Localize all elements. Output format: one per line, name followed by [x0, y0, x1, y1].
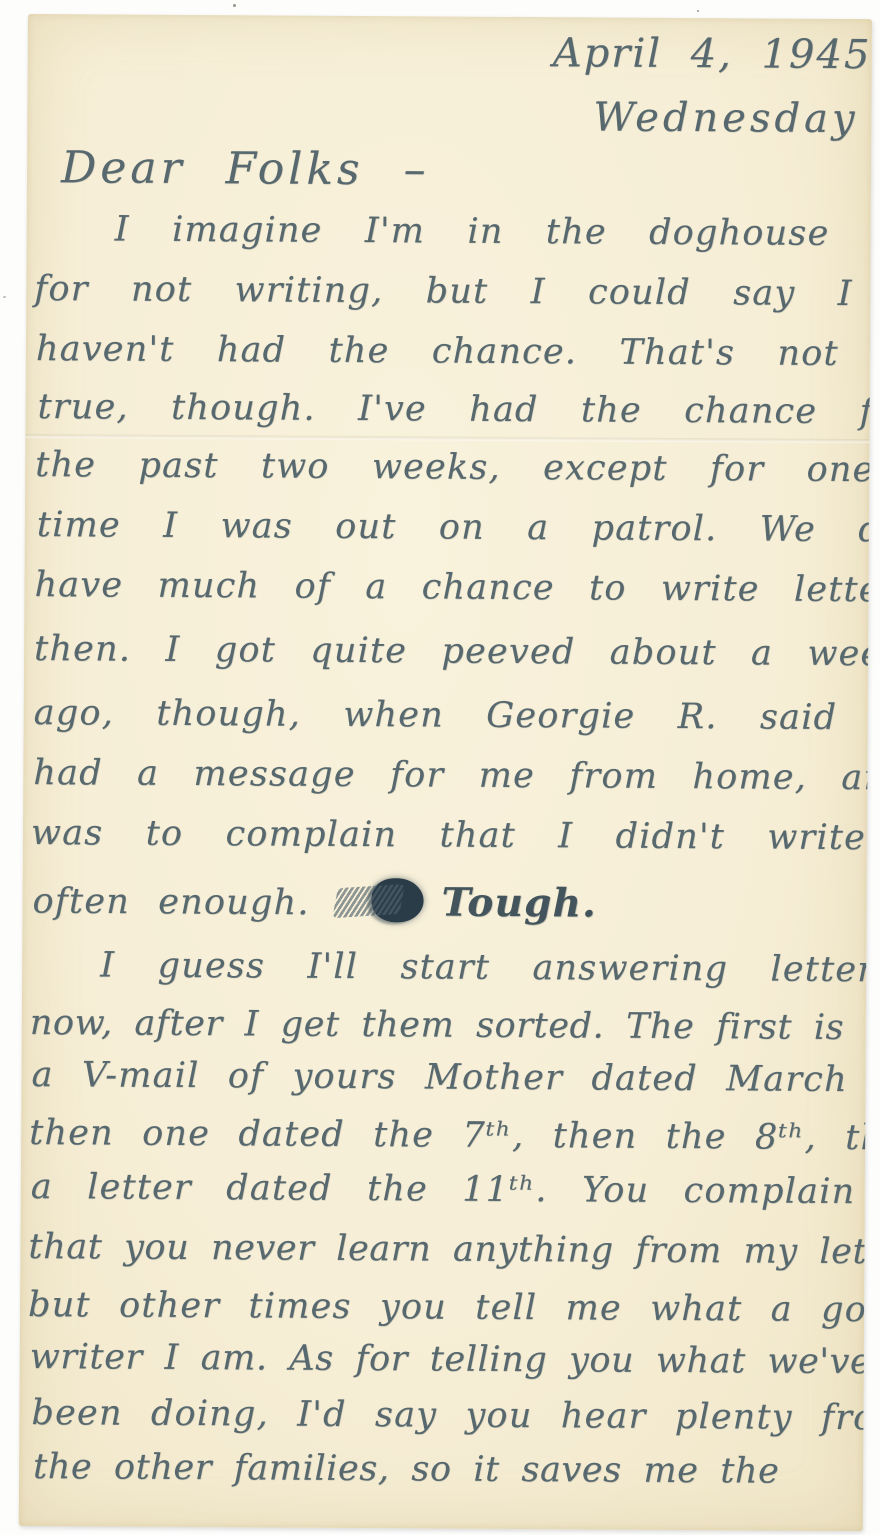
- scanned-letter-page: April 4, 1945 Wednesday Dear Folks – I i…: [0, 0, 880, 1535]
- letter-line: but other times you tell me what a good: [28, 1288, 872, 1328]
- fold-crease: [25, 434, 869, 443]
- letter-line: haven't had the chance. That's not: [36, 332, 839, 372]
- letter-paper: April 4, 1945 Wednesday Dear Folks – I i…: [19, 14, 872, 1531]
- letter-line: writer I am. As for telling you what we'…: [30, 1340, 872, 1380]
- letter-day: Wednesday: [593, 97, 858, 139]
- letter-line: then. I got quite peeved about a week: [34, 632, 872, 672]
- letter-line: have much of a chance to write letters: [34, 568, 872, 608]
- letter-line: the past two weeks, except for one: [35, 448, 872, 488]
- blot-line-post: Tough.: [441, 879, 597, 926]
- letter-line: I imagine I'm in the doghouse: [115, 213, 830, 252]
- scribbled-out-word: [332, 884, 405, 918]
- letter-line-with-blot: often enough.Tough.: [32, 876, 597, 933]
- letter-line: for not writing, but I could say I: [34, 272, 853, 312]
- blot-line-pre: often enough.: [32, 882, 309, 924]
- letter-line: ago, though, when Georgie R. said he: [34, 696, 872, 736]
- letter-line: had a message for me from home, and it: [33, 756, 872, 797]
- letter-date: April 4, 1945: [553, 33, 872, 75]
- letter-line: was to complain that I didn't write: [31, 816, 866, 856]
- letter-line: been doing, I'd say you hear plenty from: [31, 1396, 872, 1436]
- letter-line: a letter dated the 11ᵗʰ. You complain: [31, 1170, 856, 1210]
- letter-line: the other families, so it saves me the: [33, 1450, 780, 1490]
- letter-line: true, though. I've had the chance for: [37, 390, 871, 430]
- scan-speck: [3, 296, 6, 298]
- letter-line: that you never learn anything from my le…: [28, 1230, 872, 1271]
- scan-speck: [697, 10, 699, 12]
- letter-line: I guess I'll start answering letters: [100, 948, 872, 988]
- letter-line: then one dated the 7ᵗʰ, then the 8ᵗʰ, th…: [29, 1116, 872, 1157]
- letter-line: a V-mail of yours Mother dated March 4ᵗʰ: [31, 1058, 872, 1098]
- scan-speck: [233, 4, 236, 7]
- letter-line: now, after I get them sorted. The first …: [30, 1006, 845, 1046]
- salutation: Dear Folks –: [61, 146, 430, 192]
- letter-line: time I was out on a patrol. We don't: [37, 508, 872, 549]
